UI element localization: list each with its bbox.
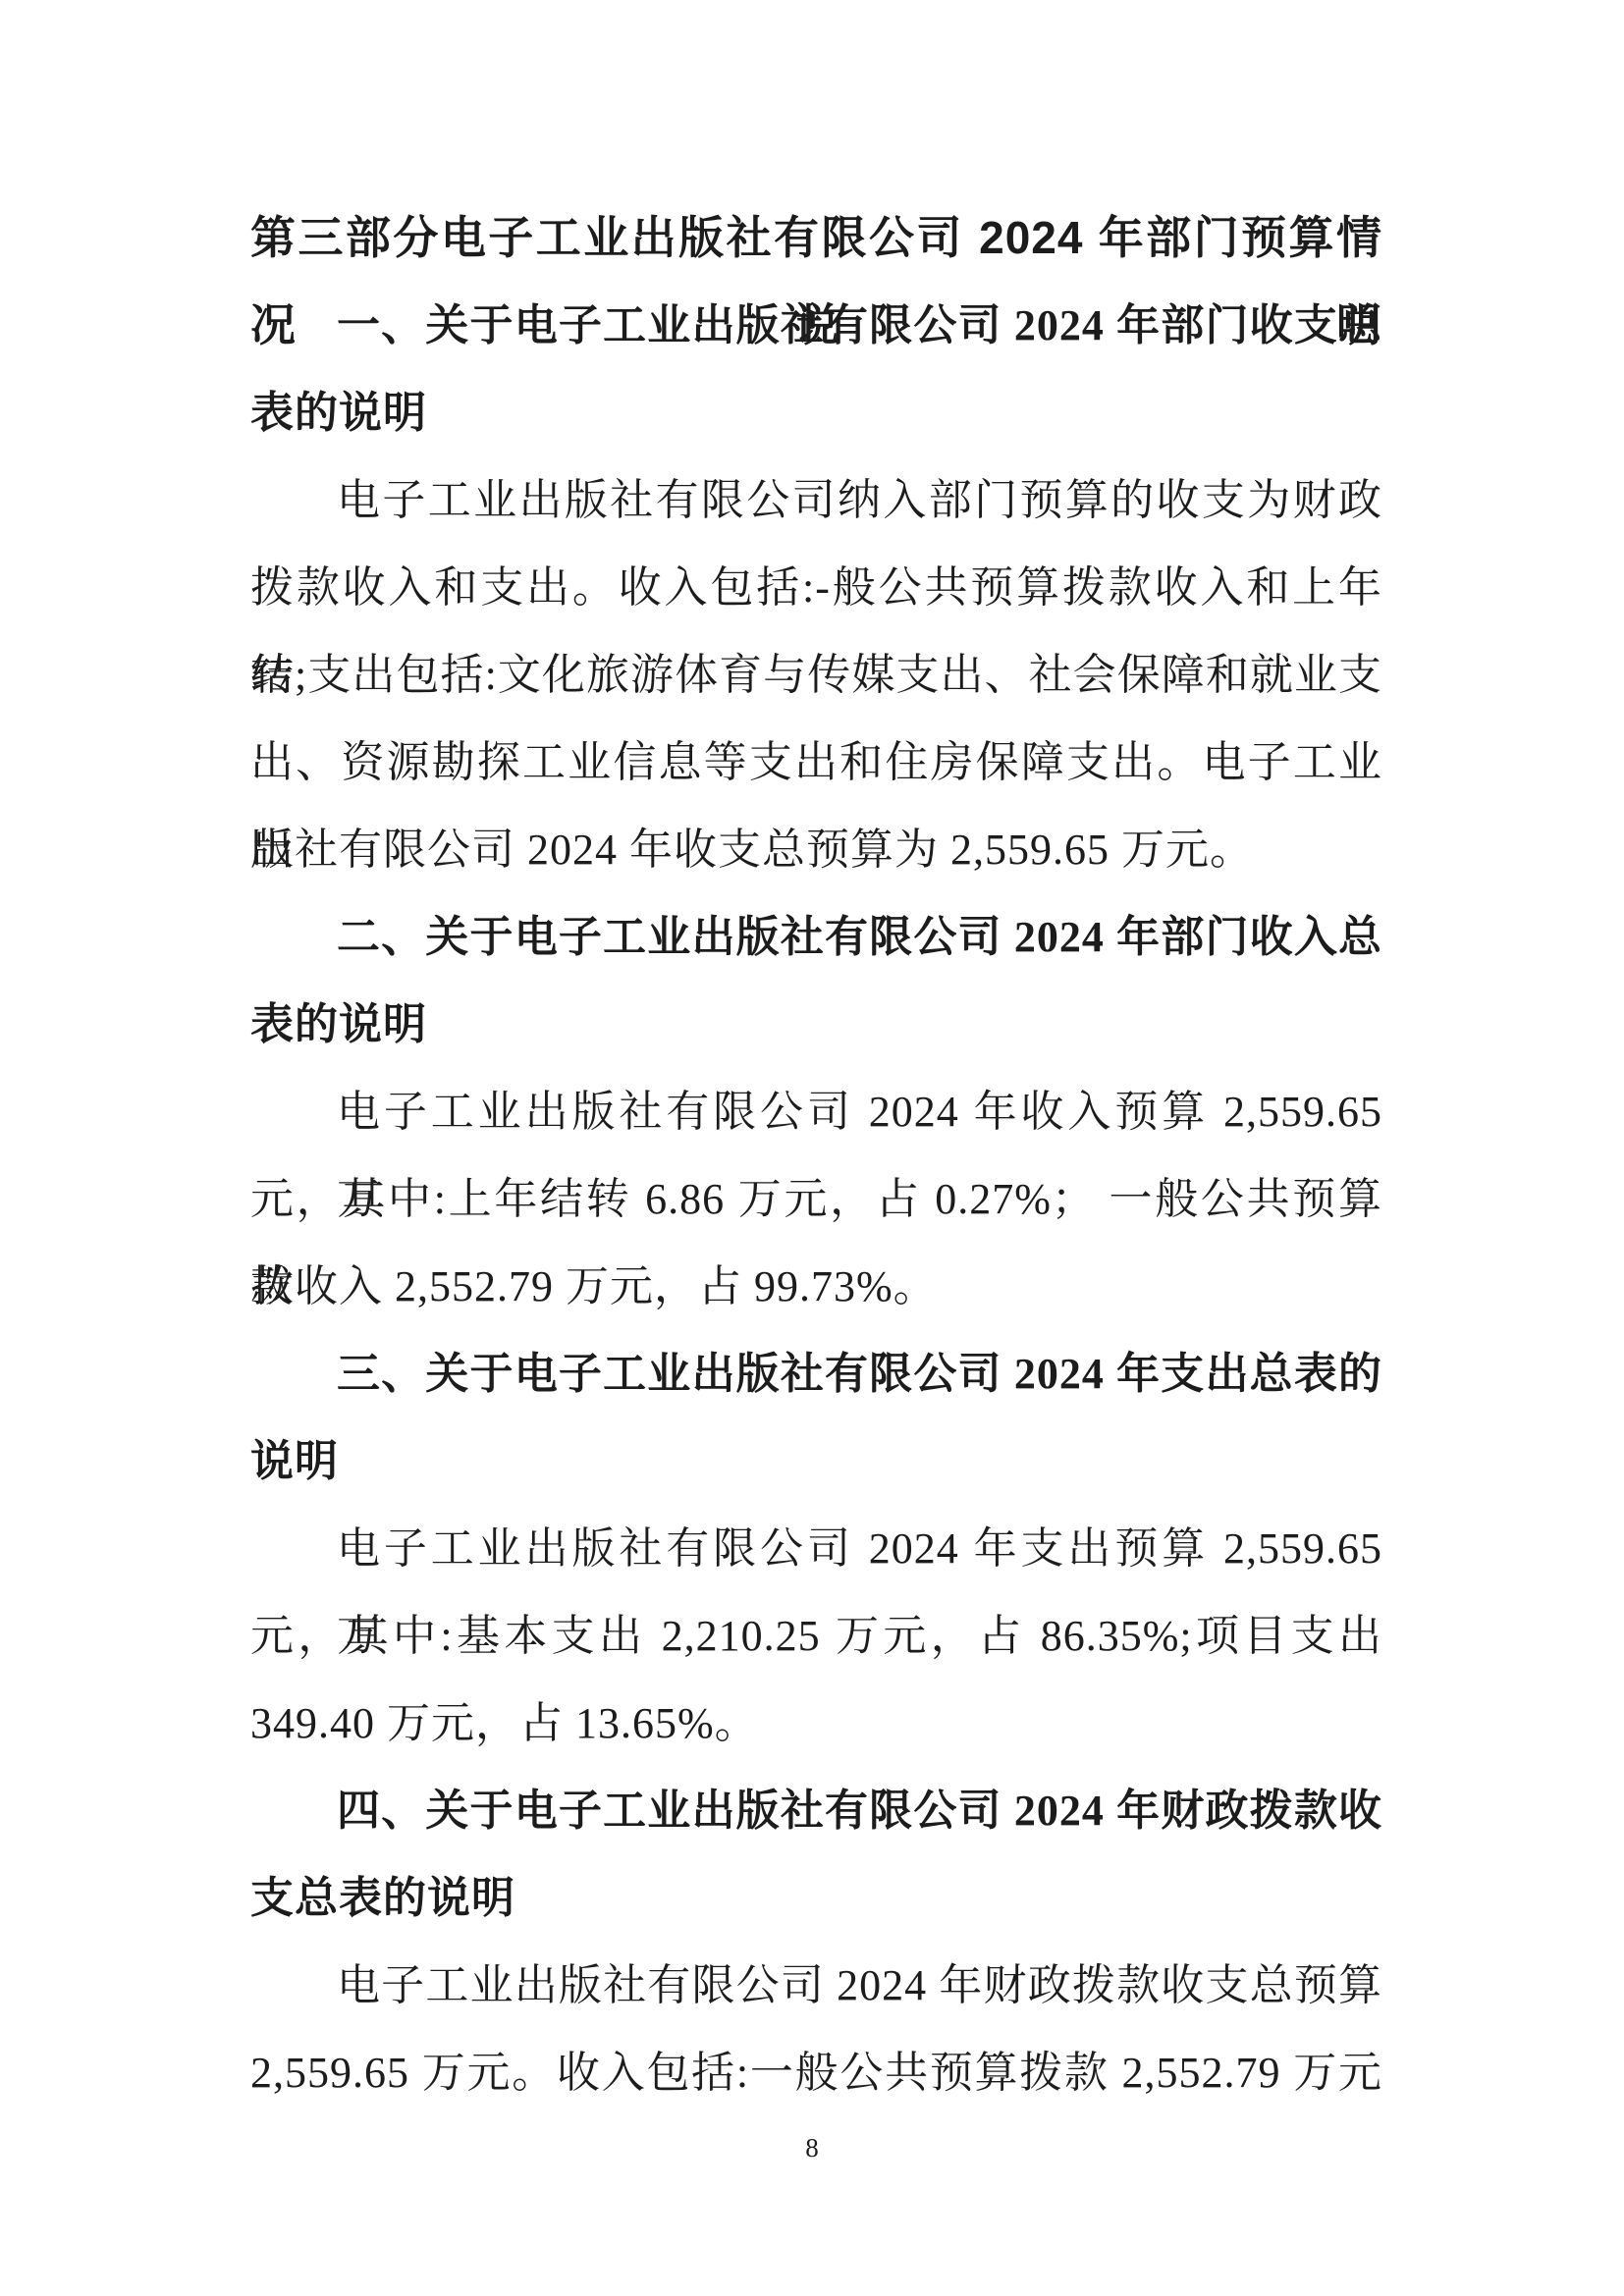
section-heading-line: 表的说明 xyxy=(250,981,1382,1068)
body-text-line: 出、资源勘探工业信息等支出和住房保障支出。电子工业出 xyxy=(250,719,1382,806)
body-text-line: 款收入 2,552.79 万元，占 99.73%。 xyxy=(250,1243,1382,1330)
document-page: 第三部分电子工业出版社有限公司 2024 年部门预算情况说明一、关于电子工业出版… xyxy=(0,0,1624,2296)
body-text-line: 版社有限公司 2024 年收支总预算为 2,559.65 万元。 xyxy=(250,806,1382,893)
section-heading-line: 表的说明 xyxy=(250,369,1382,456)
body-text-line: 转;支出包括:文化旅游体育与传媒支出、社会保障和就业支 xyxy=(250,631,1382,719)
body-text-line: 元，其中:基本支出 2,210.25 万元，占 86.35%;项目支出 xyxy=(250,1592,1382,1680)
section-heading-line: 说明 xyxy=(250,1417,1382,1505)
body-text-line: 349.40 万元，占 13.65%。 xyxy=(250,1680,1382,1767)
body-text-line: 元，其中:上年结转 6.86 万元，占 0.27%； 一般公共预算拨 xyxy=(250,1155,1382,1243)
body-text-line: 拨款收入和支出。收入包括:-般公共预算拨款收入和上年结 xyxy=(250,544,1382,631)
section-heading-line: 支总表的说明 xyxy=(250,1854,1382,1942)
body-text-line: 电子工业出版社有限公司 2024 年收入预算 2,559.65 万 xyxy=(250,1068,1382,1155)
document-content: 第三部分电子工业出版社有限公司 2024 年部门预算情况说明一、关于电子工业出版… xyxy=(250,194,1382,2116)
body-text-line: 电子工业出版社有限公司 2024 年财政拨款收支总预算 xyxy=(250,1942,1382,2029)
section-heading-line: 一、关于电子工业出版社有限公司 2024 年部门收支总 xyxy=(250,282,1382,369)
section-heading-line: 二、关于电子工业出版社有限公司 2024 年部门收入总 xyxy=(250,893,1382,981)
body-text-line: 2,559.65 万元。收入包括:一般公共预算拨款 2,552.79 万元 xyxy=(250,2029,1382,2116)
document-title-line: 第三部分电子工业出版社有限公司 2024 年部门预算情况说明 xyxy=(250,194,1382,282)
page-number: 8 xyxy=(0,2128,1624,2167)
body-text-line: 电子工业出版社有限公司 2024 年支出预算 2,559.65 万 xyxy=(250,1505,1382,1592)
section-heading-line: 四、关于电子工业出版社有限公司 2024 年财政拨款收 xyxy=(250,1767,1382,1854)
section-heading-line: 三、关于电子工业出版社有限公司 2024 年支出总表的 xyxy=(250,1330,1382,1417)
body-text-line: 电子工业出版社有限公司纳入部门预算的收支为财政 xyxy=(250,456,1382,544)
